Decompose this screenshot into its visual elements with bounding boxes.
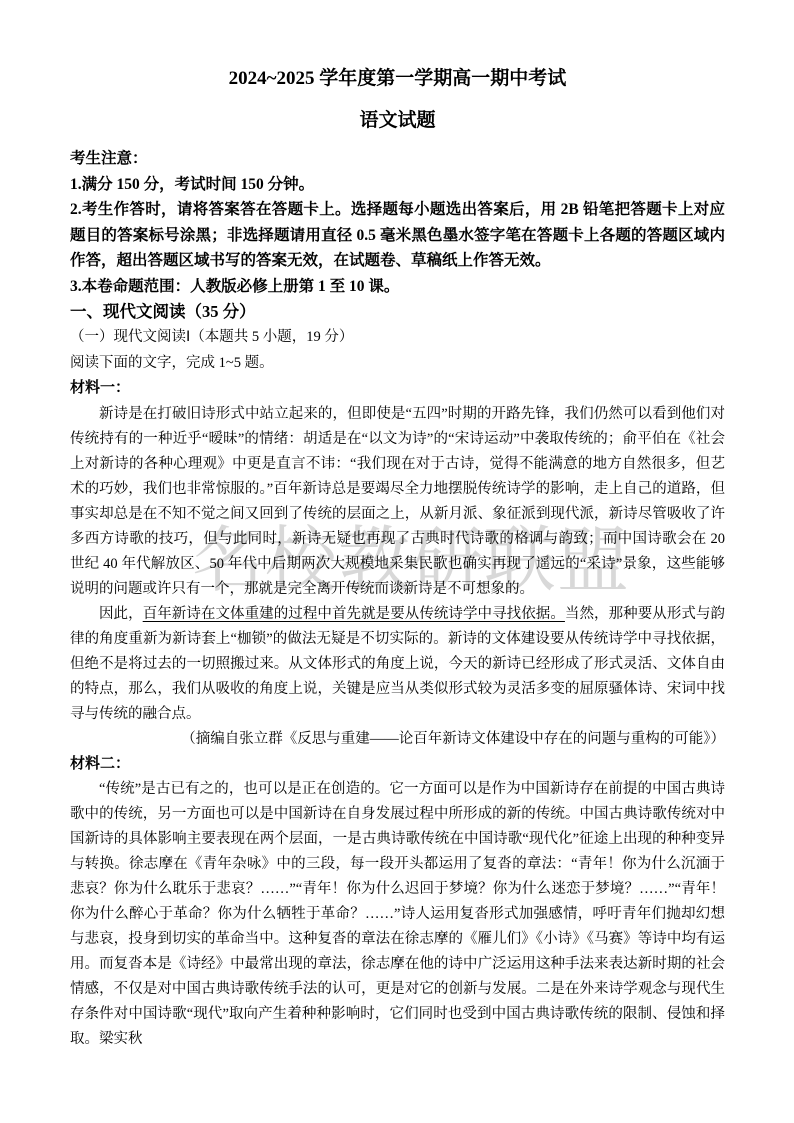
exam-subject-title: 语文试题: [70, 106, 725, 136]
exam-paper-page: 名校教研联盟 2024~2025 学年度第一学期高一期中考试 语文试题 考生注意…: [0, 0, 794, 1123]
subsection-heading-reading-1: （一）现代文阅读Ⅰ（本题共 5 小题，19 分）: [70, 325, 725, 351]
material-1-paragraph-1: 新诗是在打破旧诗形式中站立起来的，但即使是“五四”时期的开路先锋，我们仍然可以看…: [70, 402, 725, 602]
material-2-paragraph-1: “传统”是古已有之的，也可以是正在创造的。它一方面可以是作为中国新诗存在前提的中…: [70, 777, 725, 1052]
notice-item-3: 3.本卷命题范围：人教版必修上册第 1 至 10 课。: [70, 274, 725, 300]
notice-heading: 考生注意：: [70, 146, 725, 172]
paragraph-2-underlined-thesis: 百年新诗在文体重建的过程中首先就是要从传统诗学中寻找依据。: [143, 606, 565, 622]
notice-item-1: 1.满分 150 分，考试时间 150 分钟。: [70, 172, 725, 198]
page-content: 2024~2025 学年度第一学期高一期中考试 语文试题 考生注意： 1.满分 …: [0, 0, 794, 1052]
material-1-paragraph-2: 因此，百年新诗在文体重建的过程中首先就是要从传统诗学中寻找依据。当然，那种要从形…: [70, 602, 725, 727]
material-1-label: 材料一：: [70, 376, 725, 402]
exam-title: 2024~2025 学年度第一学期高一期中考试: [70, 64, 725, 94]
material-2-label: 材料二：: [70, 752, 725, 778]
material-1-attribution: （摘编自张立群《反思与重建——论百年新诗文体建设中存在的问题与重构的可能》）: [70, 727, 725, 752]
notice-item-2: 2.考生作答时，请将答案答在答题卡上。选择题每小题选出答案后，用 2B 铅笔把答…: [70, 197, 725, 274]
section-heading-modern-reading: 一、现代文阅读（35 分）: [70, 299, 725, 325]
paragraph-2-prefix: 因此，: [99, 606, 143, 622]
reading-instruction: 阅读下面的文字，完成 1~5 题。: [70, 351, 725, 377]
paragraph-2-rest: 当然，那种要从形式与韵律的角度重新为新诗套上“枷锁”的做法无疑是不切实际的。新诗…: [70, 606, 725, 722]
